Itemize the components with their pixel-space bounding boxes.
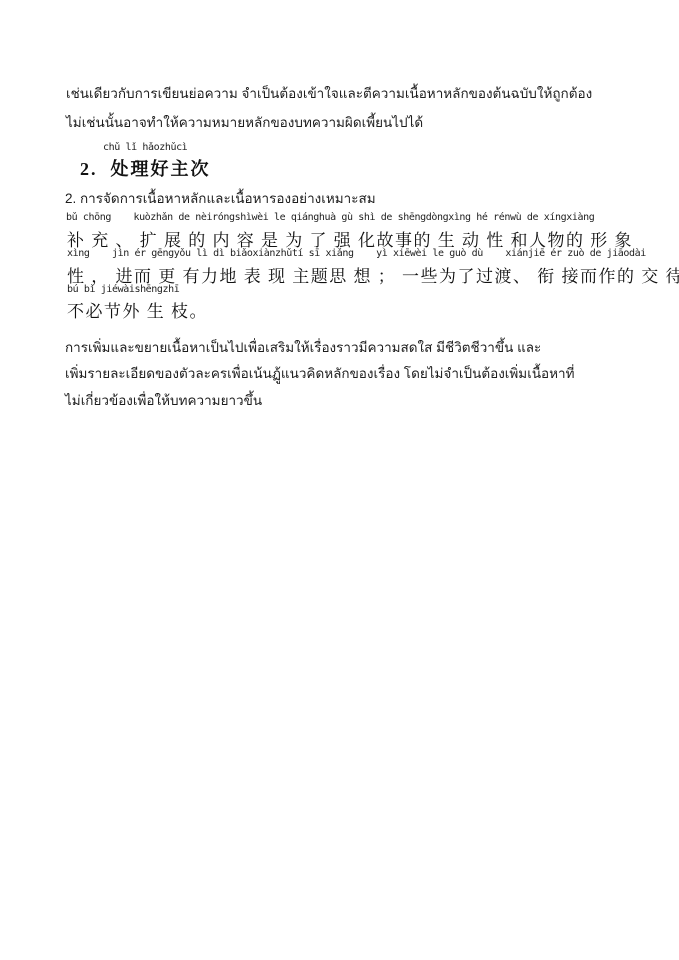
chinese-pinyin-line-1: bǔ chōng kuòzhǎn de nèiróngshìwèi le qiá… — [66, 212, 594, 223]
section-heading-title: 2. 处理好主次 — [80, 155, 211, 181]
document-page: { "page": { "background": "#ffffff", "te… — [0, 0, 679, 960]
closing-thai-line-1: การเพิ่มและขยายเนื้อหาเป็นไปเพื่อเสริมให… — [65, 338, 541, 358]
intro-thai-line-2: ไม่เช่นนั้นอาจทำให้ความหมายหลักของบทความ… — [66, 113, 423, 133]
chinese-hanzi-line-3: 不必节外 生 枝。 — [67, 297, 208, 322]
intro-thai-line-1: เช่นเดียวกับการเขียนย่อความ จำเป็นต้องเข… — [66, 84, 592, 104]
section-heading-thai-subtitle: 2. การจัดการเนื้อหาหลักและเนื้อหารองอย่า… — [65, 189, 376, 209]
chinese-pinyin-line-2: xìng jìn ér gēngyǒu lì dì biǎoxiànzhǔtí … — [67, 248, 646, 259]
closing-thai-line-3: ไม่เกี่ยวข้องเพื่อให้บทความยาวขึ้น — [65, 391, 262, 411]
section-heading-pinyin: chǔ lǐ hǎozhǔcì — [103, 142, 187, 153]
closing-thai-line-2: เพิ่มรายละเอียดของตัวละครเพื่อเน้นฏู้แนว… — [65, 364, 575, 384]
chinese-pinyin-line-3: bú bì jiéwàishēngzhī — [67, 284, 179, 295]
